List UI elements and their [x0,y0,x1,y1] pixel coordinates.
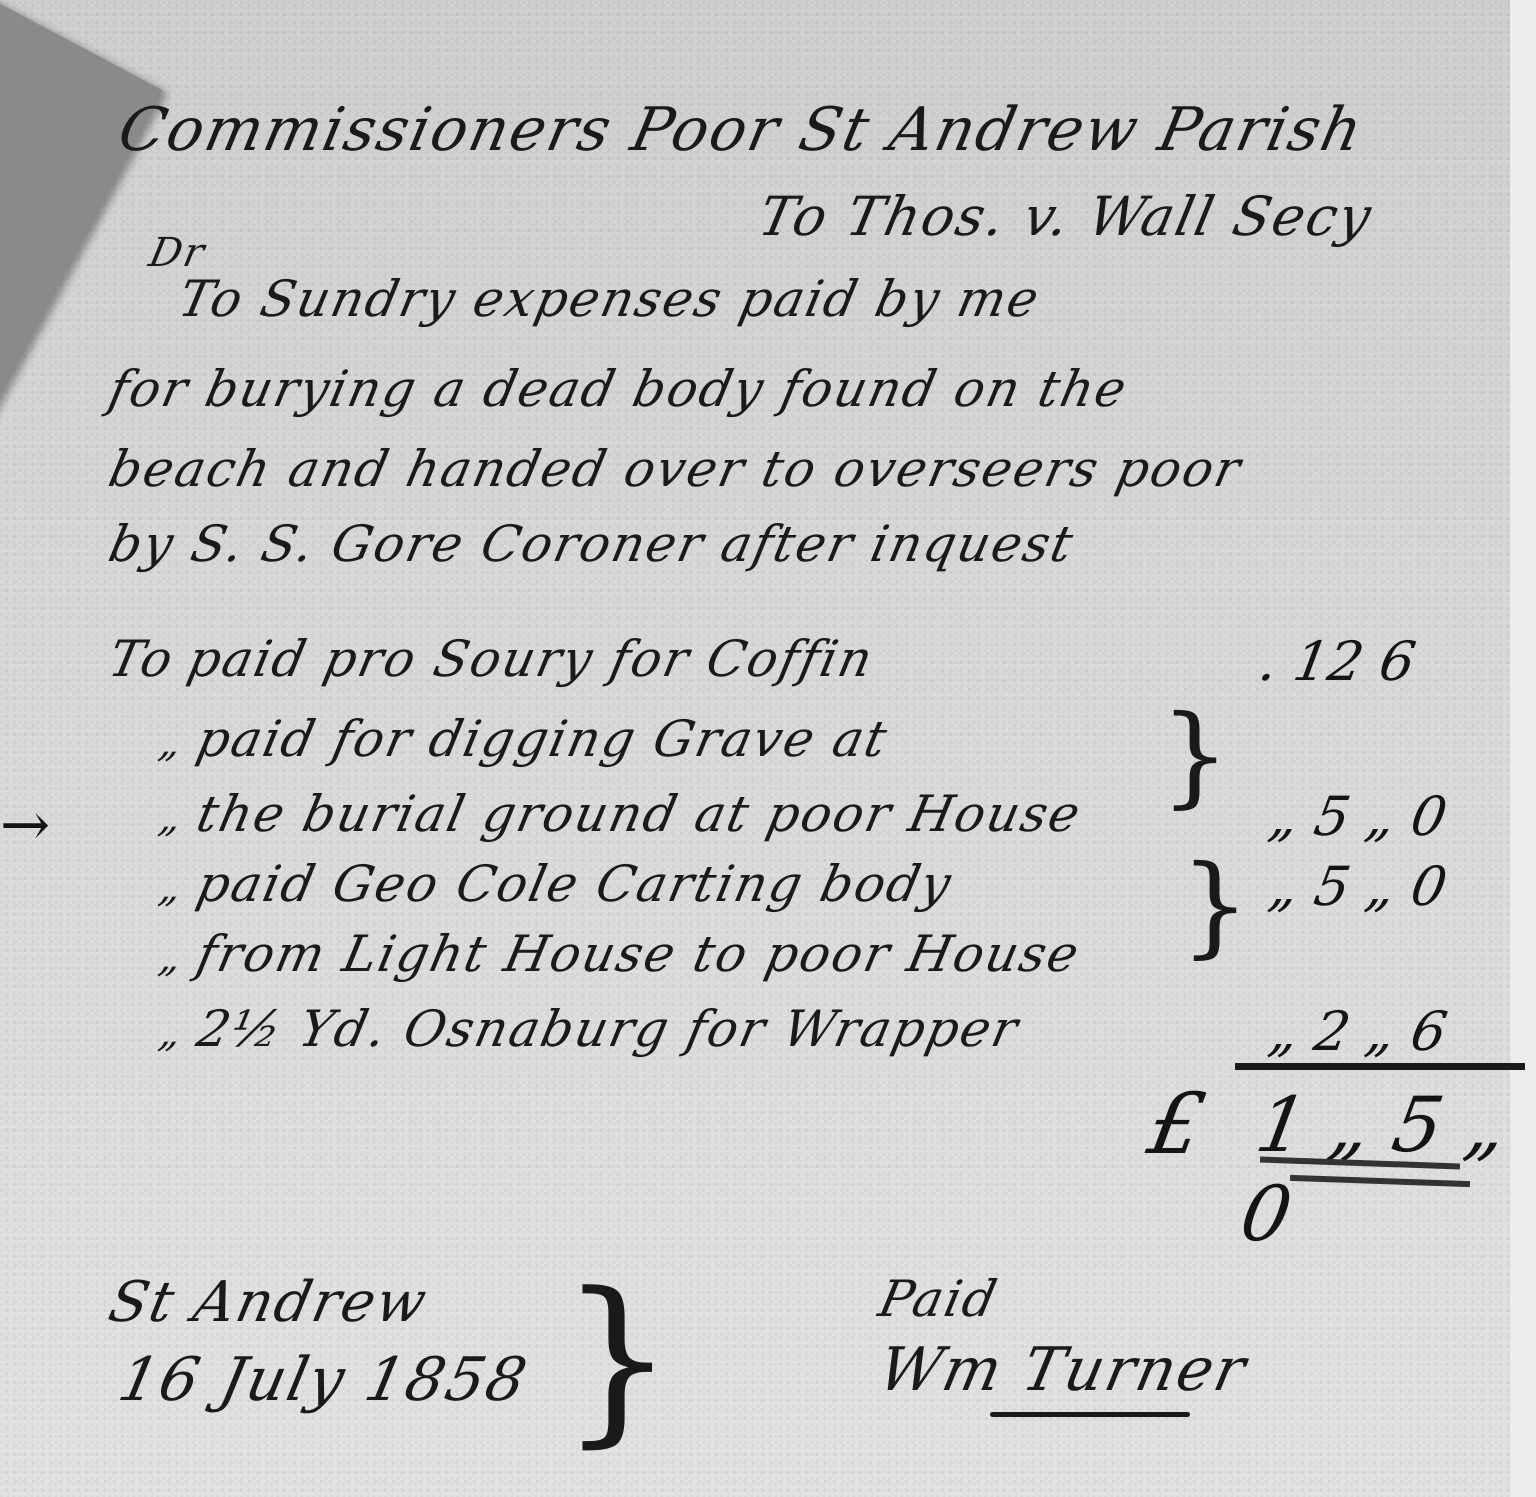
item-amount: „ 5 „ 0 [1264,855,1451,918]
item-prefix: „ [155,795,188,841]
list-item: „ paid Geo Cole Carting body [160,855,951,913]
item-amount: „ 2 „ 6 [1264,1000,1451,1063]
item-prefix: „ [155,1010,188,1056]
signature-flourish [990,1412,1190,1417]
item-label: from Light House to poor House [192,925,1086,983]
item-prefix: „ [155,935,188,981]
list-item: „ the burial ground at poor House [160,785,1081,843]
header-line-1: Commissioners Poor St Andrew Parish [113,95,1370,165]
body-line-3: beach and handed over to overseers poor [104,440,1248,498]
total-rule [1235,1063,1525,1070]
header-line-2: To Thos. v. Wall Secy [753,185,1378,248]
margin-arrow-icon: → [0,790,50,860]
item-amount: „ 5 „ 0 [1264,785,1451,848]
list-item: To paid pro Soury for Coffin [110,630,873,688]
item-prefix: „ [155,720,188,766]
body-line-2: for burying a dead body found on the [104,360,1133,418]
brace-icon: } [560,1270,675,1450]
signature: Wm Turner [873,1335,1254,1405]
list-item: „ from Light House to poor House [160,925,1079,983]
place-name: St Andrew [103,1270,434,1335]
brace-icon: } [1160,700,1230,810]
item-label: paid pro Soury for Coffin [183,630,880,688]
total-currency: £ [1141,1075,1212,1173]
list-item: „ paid for digging Grave at [160,710,887,768]
paper-edge [1510,0,1536,1497]
item-amount: . 12 6 [1254,630,1420,693]
item-label: paid for digging Grave at [192,710,894,768]
list-item: „ 2½ Yd. Osnaburg for Wrapper [160,1000,1018,1058]
item-label: the burial ground at poor House [192,785,1087,843]
item-label: 2½ Yd. Osnaburg for Wrapper [192,1000,1025,1058]
item-prefix: To [104,630,180,688]
brace-icon: } [1180,850,1250,960]
total-amount: 1 „ 5 „ 0 [1234,1080,1536,1258]
date: 16 July 1858 [113,1345,535,1415]
body-line-4: by S. S. Gore Coroner after inquest [104,515,1080,573]
item-prefix: „ [155,865,188,911]
document-paper: Commissioners Poor St Andrew Parish To T… [0,0,1536,1497]
paid-label: Paid [874,1270,1004,1328]
body-line-1: To Sundry expenses paid by me [174,270,1046,328]
item-label: paid Geo Cole Carting body [192,855,958,913]
